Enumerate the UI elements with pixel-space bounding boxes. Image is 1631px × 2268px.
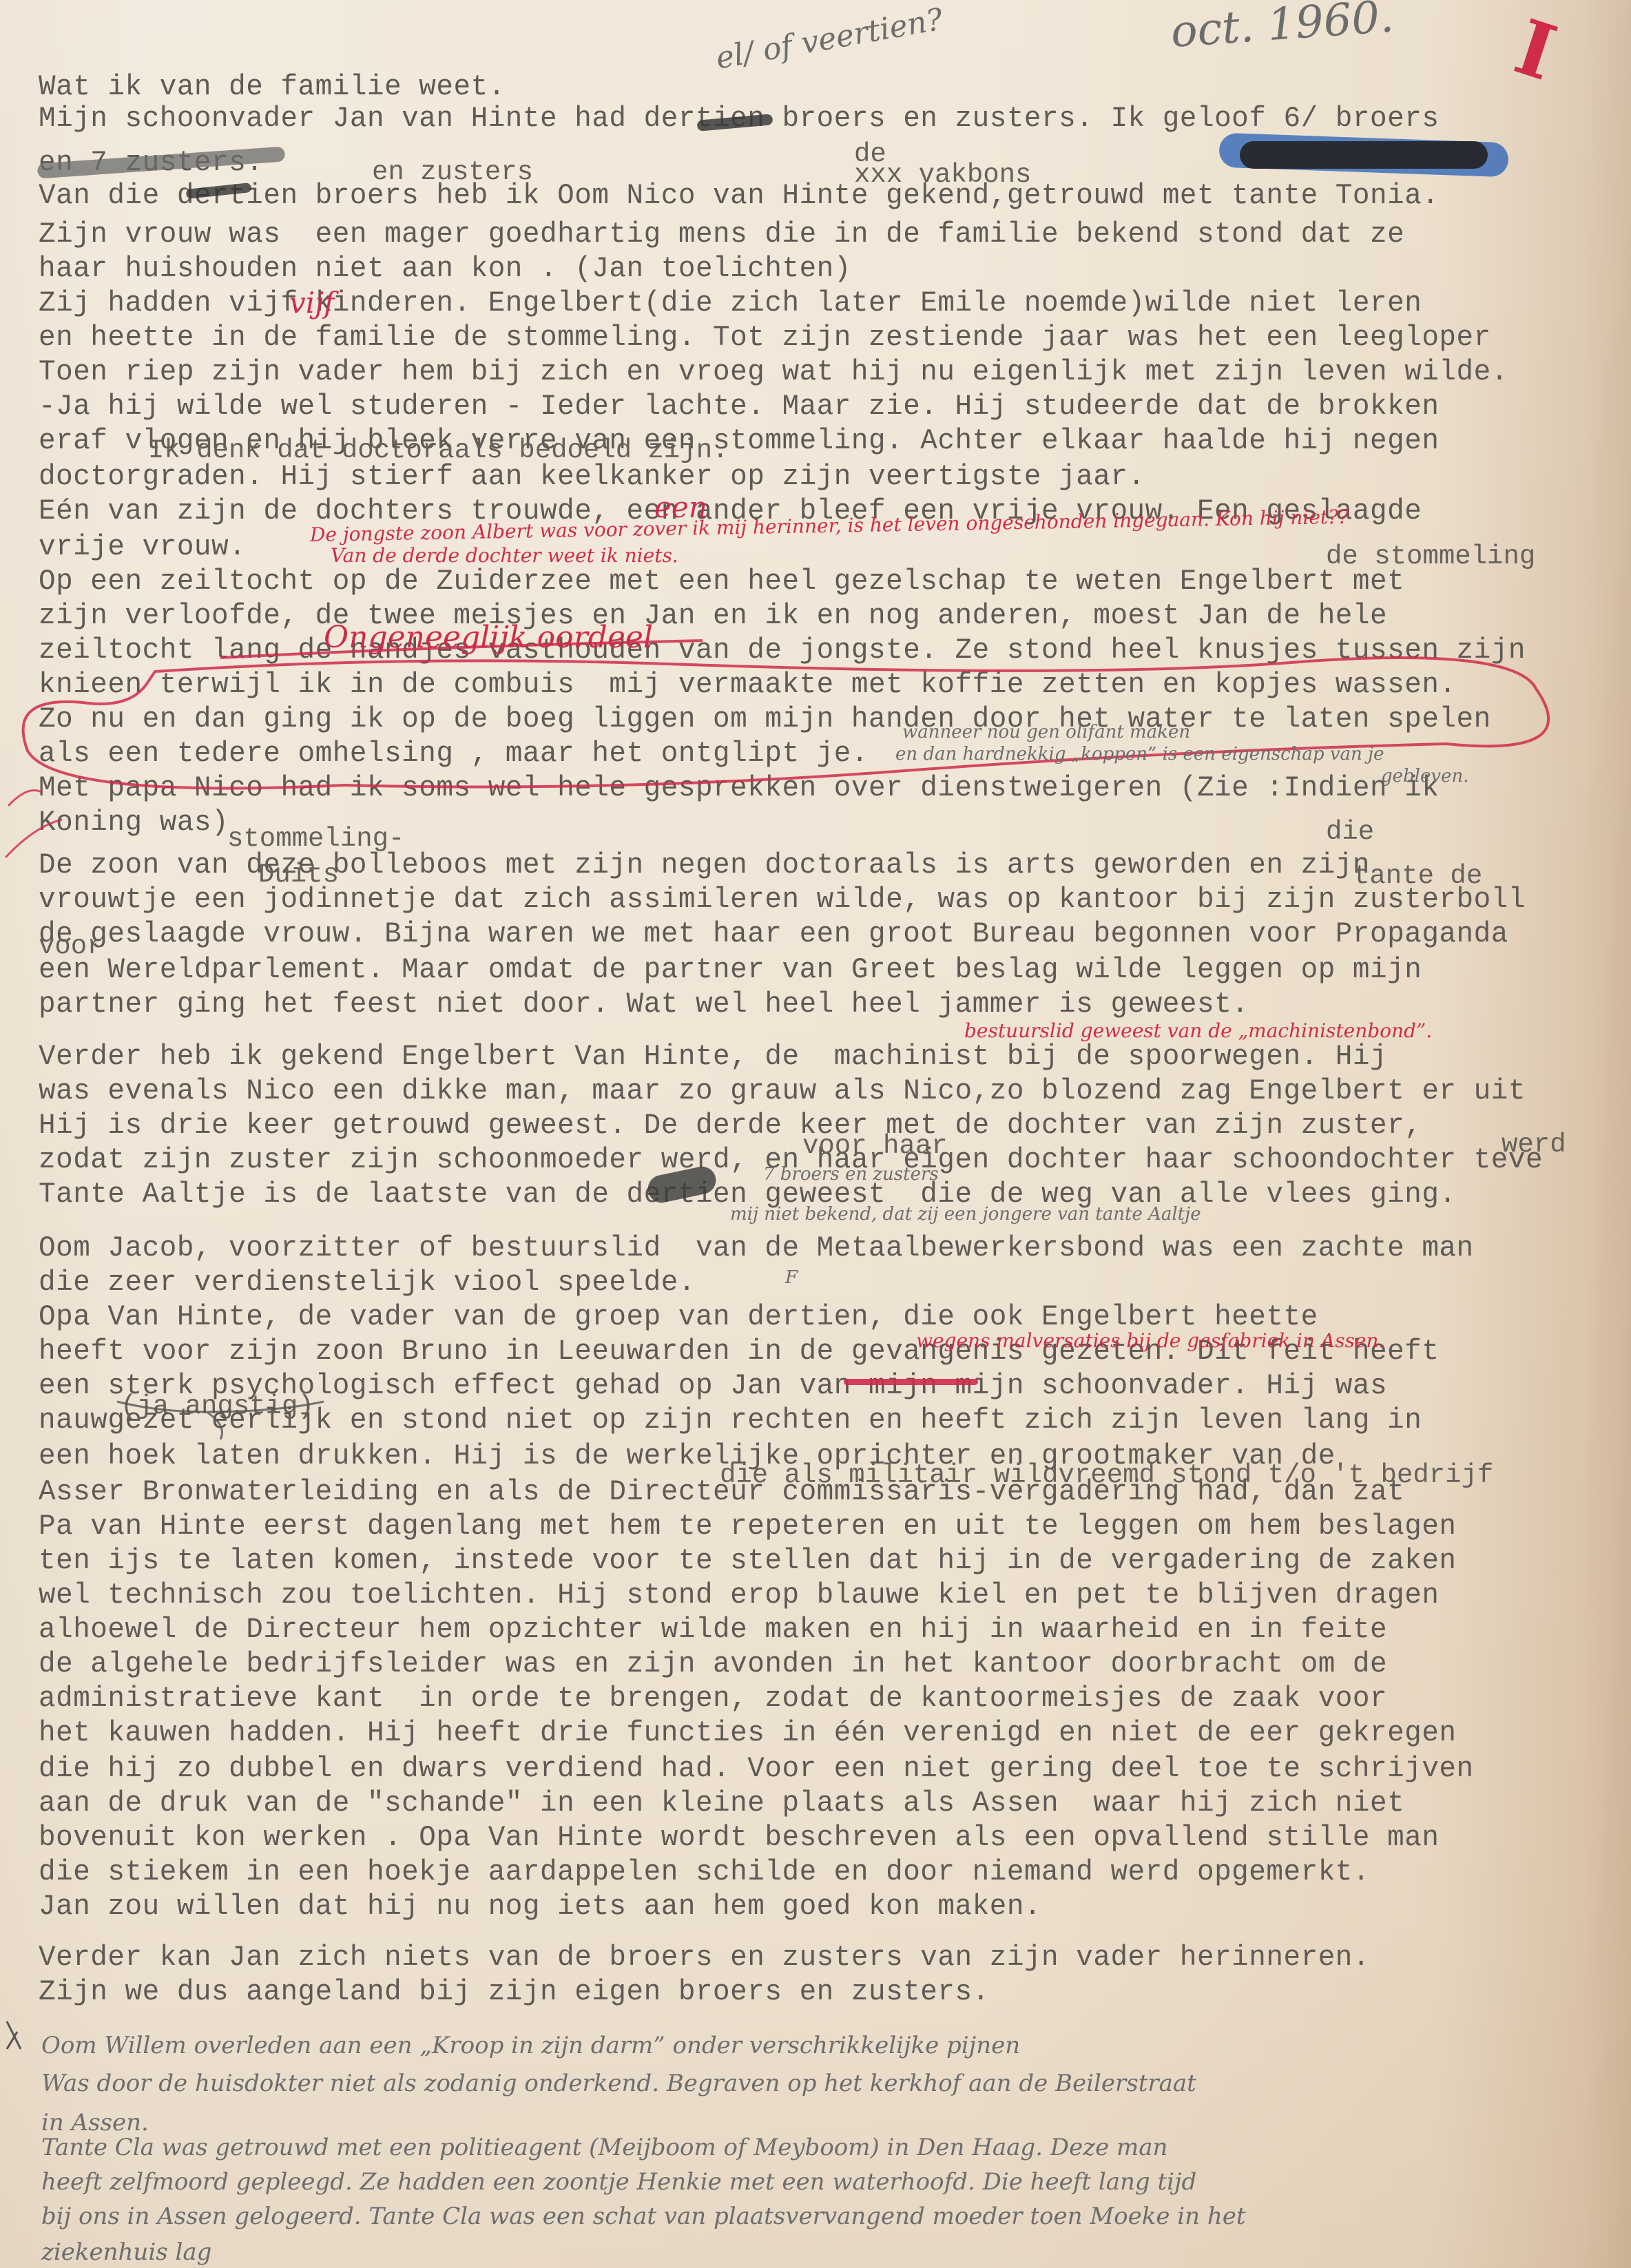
pencil-note: gebleven. [1381,766,1468,787]
footer-line: ziekenhuis lag [41,2238,211,2266]
red-note: bestuurslid geweest van de „machinistenb… [964,1019,1432,1042]
footer-line: Tante Cla was getrouwd met een politieag… [41,2134,1167,2161]
footer-line: heeft zelfmoord gepleegd. Ze hadden een … [41,2168,1196,2196]
typed-manuscript-page: oct. 1960. I Wat ik van de familie weet.… [0,0,1631,2268]
pencil-note: en dan hardnekkig „koppen” is een eigens… [895,744,1384,764]
footer-line: bij ons in Assen gelogeerd. Tante Cla wa… [41,2203,1246,2230]
pencil-note: mij niet bekend, dat zij een jongere van… [730,1204,1201,1225]
pencil-note: 7 broers en zusters [763,1164,939,1185]
footer-line: Oom Willem overleden aan een „Kroop in z… [41,2032,1020,2059]
red-note: een [654,490,707,524]
red-circle-outline [0,0,1631,2268]
red-note: Ongeneeglijk oordeel [324,620,653,655]
red-note: vijf [289,286,335,320]
red-note: wegens malversaties bij de gasfabriek in… [916,1329,1384,1352]
footer-line: Was door de huisdokter niet als zodanig … [41,2070,1196,2097]
red-note: Van de derde dochter weet ik niets. [331,544,678,567]
pencil-note: F [785,1267,798,1288]
footer-line: in Assen. [41,2109,149,2136]
pencil-note: wanneer nou gen olifant maken [902,722,1190,742]
